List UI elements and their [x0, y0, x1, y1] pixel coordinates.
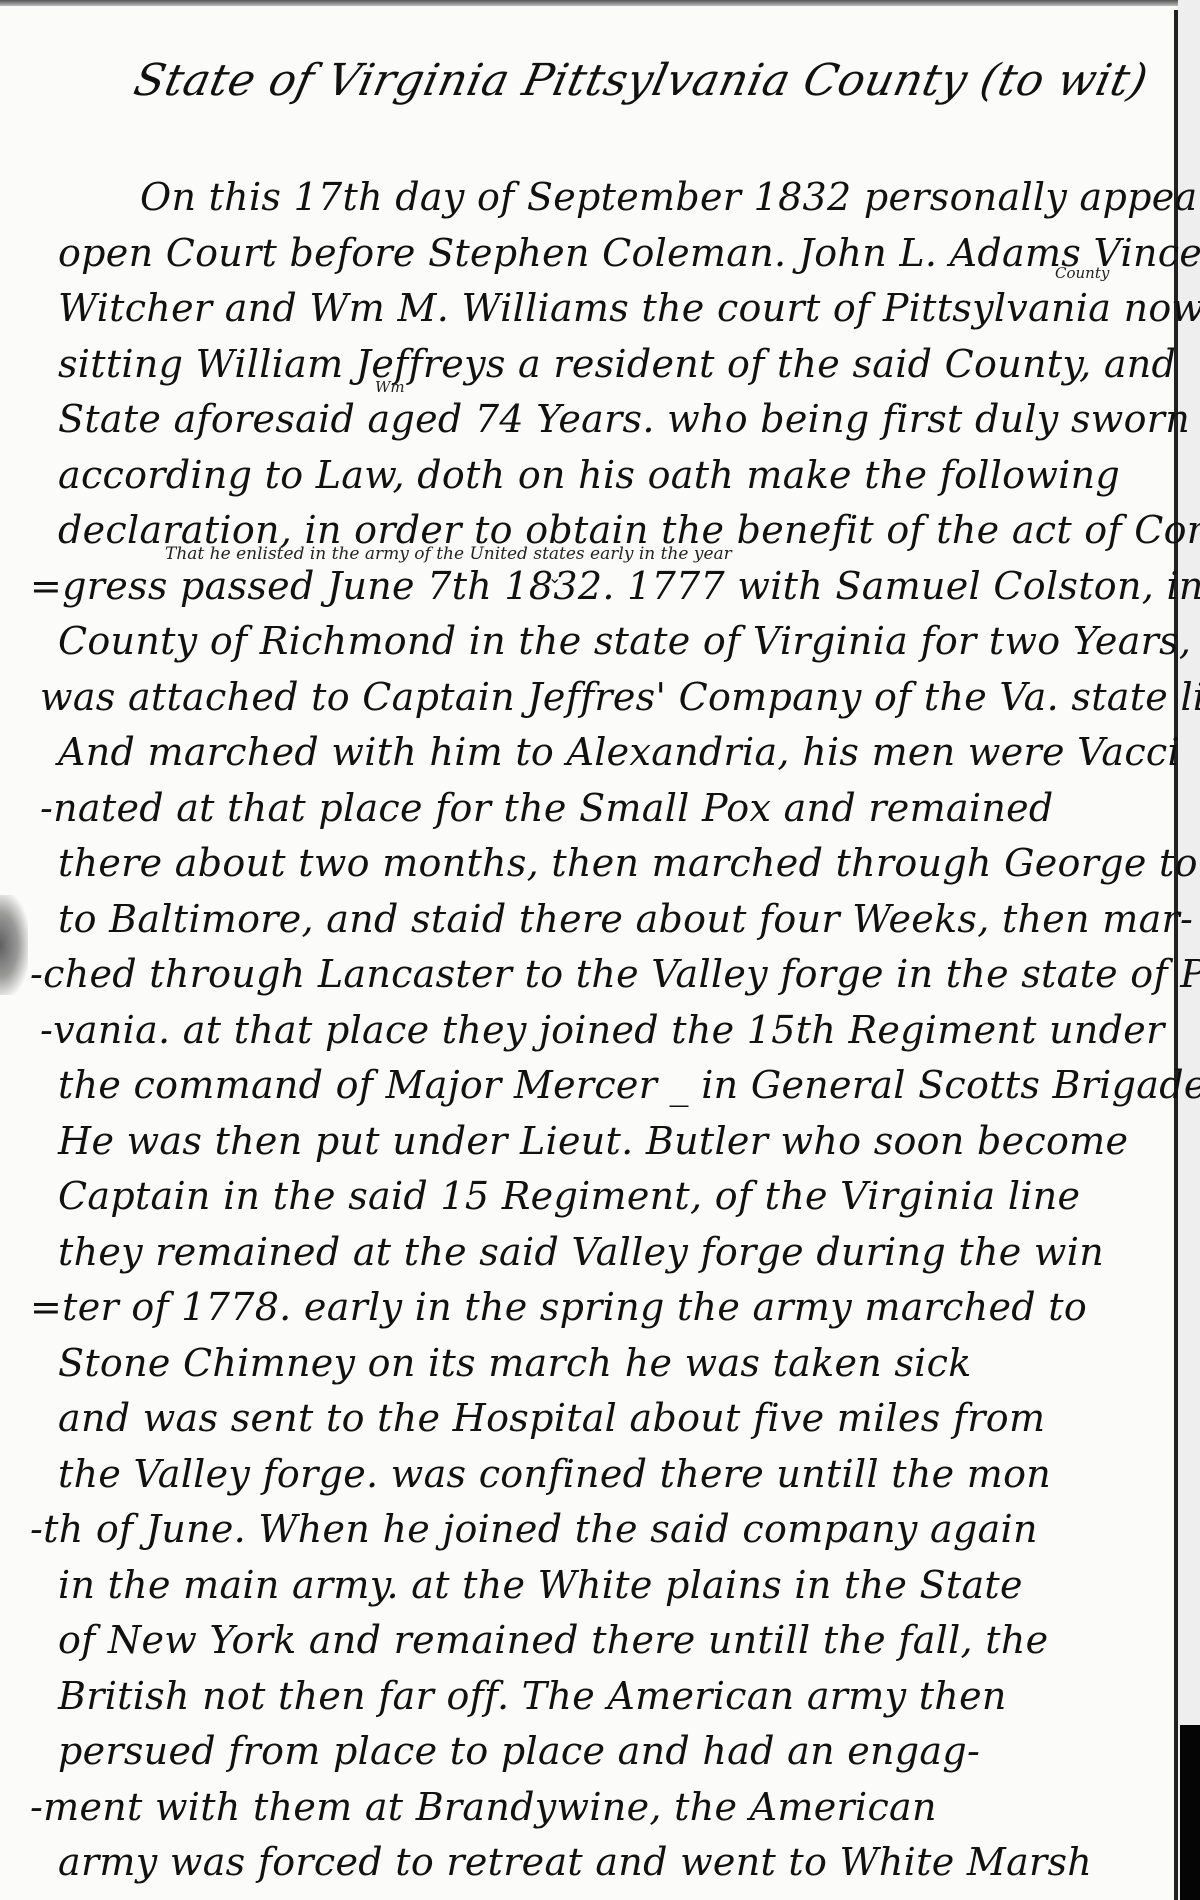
ink-smudge [0, 895, 28, 995]
text-line: State aforesaid aged 74 Years. who being… [58, 397, 1168, 441]
page-top-edge [0, 0, 1180, 6]
text-line: they remained at the said Valley forge d… [58, 1230, 1168, 1274]
text-line: the command of Major Mercer _ in General… [58, 1063, 1168, 1107]
text-line: of New York and remained there untill th… [58, 1618, 1168, 1662]
text-line: there about two months, then marched thr… [58, 841, 1168, 885]
text-line: Stone Chimney on its march he was taken … [58, 1341, 1168, 1385]
scan-dark-corner [1180, 1725, 1200, 1900]
text-line: Captain in the said 15 Regiment, of the … [58, 1174, 1168, 1218]
text-line: to Baltimore, and staid there about four… [58, 897, 1168, 941]
text-line: And marched with him to Alexandria, his … [58, 730, 1168, 774]
document-heading: State of Virginia Pittsylvania County (t… [130, 55, 1153, 106]
text-line: -nated at that place for the Small Pox a… [40, 786, 1150, 830]
insertion-enlisted: That he enlisted in the army of the Unit… [165, 544, 732, 564]
text-line: sitting William Jeffreys a resident of t… [58, 342, 1168, 386]
text-line: in the main army. at the White plains in… [58, 1563, 1168, 1607]
text-line: persued from place to place and had an e… [58, 1729, 1168, 1773]
text-line: and was sent to the Hospital about five … [58, 1396, 1168, 1440]
text-line: -vania. at that place they joined the 15… [40, 1008, 1150, 1052]
text-line: =gress passed June 7th 1832. 1777 with S… [30, 564, 1140, 608]
insertion-wm: Wm [375, 378, 405, 396]
text-line: County of Richmond in the state of Virgi… [58, 619, 1168, 663]
text-line: Witcher and Wm M. Williams the court of … [58, 286, 1168, 330]
text-line: British not then far off. The American a… [58, 1674, 1168, 1718]
text-line: the Valley forge. was confined there unt… [58, 1452, 1168, 1496]
text-line: according to Law, doth on his oath make … [58, 453, 1168, 497]
insertion-county: County [1055, 264, 1109, 282]
text-line: He was then put under Lieut. Butler who … [58, 1119, 1168, 1163]
text-line: was attached to Captain Jeffres' Company… [40, 675, 1150, 719]
document-page [0, 0, 1176, 1900]
text-line: On this 17th day of September 1832 perso… [140, 175, 1200, 219]
insertion-caret-icon: ⌄ [548, 568, 561, 587]
text-line: -ment with them at Brandywine, the Ameri… [30, 1785, 1140, 1829]
text-line: -th of June. When he joined the said com… [30, 1507, 1140, 1551]
scan-margin [1178, 0, 1200, 1900]
text-line: army was forced to retreat and went to W… [58, 1840, 1168, 1884]
text-line: =ter of 1778. early in the spring the ar… [30, 1285, 1140, 1329]
text-line: -ched through Lancaster to the Valley fo… [30, 952, 1140, 996]
text-line: open Court before Stephen Coleman. John … [58, 231, 1168, 275]
